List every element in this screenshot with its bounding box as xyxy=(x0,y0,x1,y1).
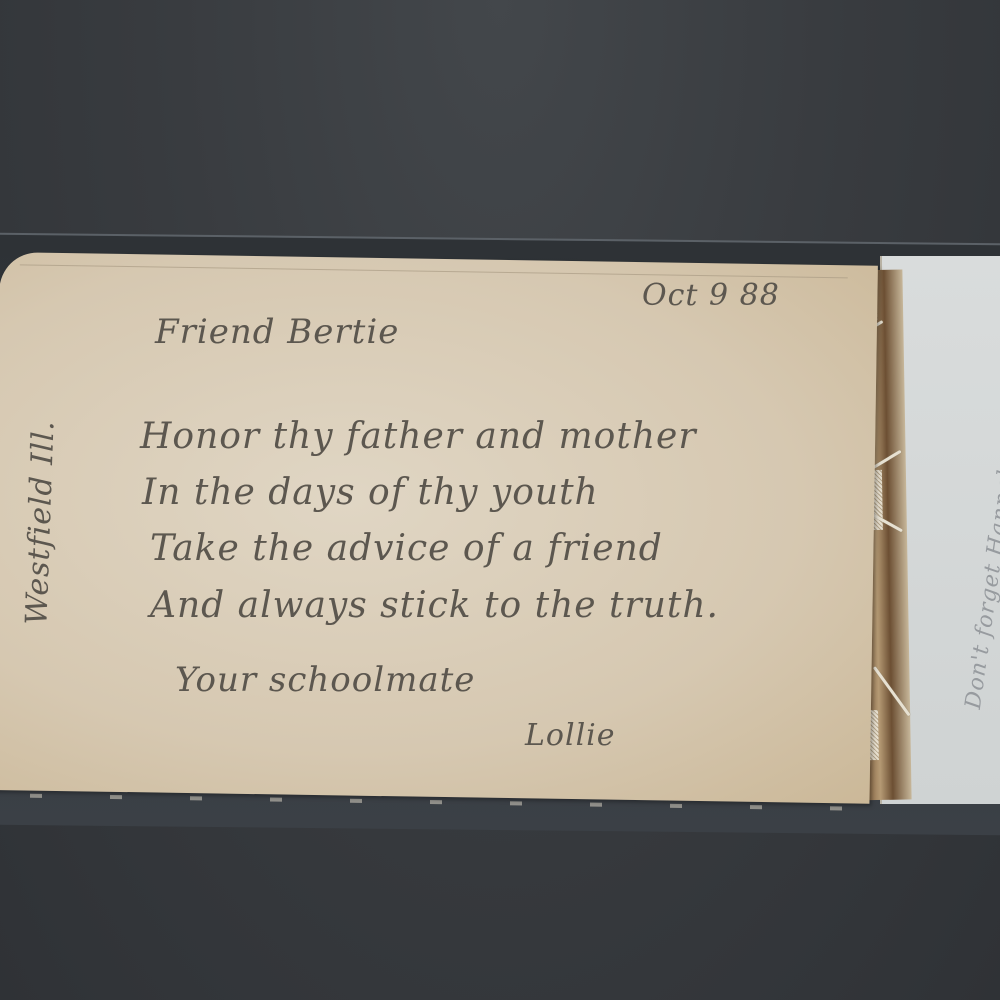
verse-line: Honor thy father and mother xyxy=(140,416,697,457)
entry-date: Oct 9 88 xyxy=(642,278,780,313)
verse-line: Take the advice of a friend xyxy=(150,528,663,569)
place-note: Westfield Ill. xyxy=(19,419,61,625)
closing: Your schoolmate xyxy=(175,660,475,700)
signature: Lollie xyxy=(525,718,616,753)
verse-line: And always stick to the truth. xyxy=(150,585,719,626)
verse-line: In the days of thy youth xyxy=(142,472,599,513)
salutation: Friend Bertie xyxy=(155,312,399,352)
binding-thread xyxy=(873,666,911,716)
